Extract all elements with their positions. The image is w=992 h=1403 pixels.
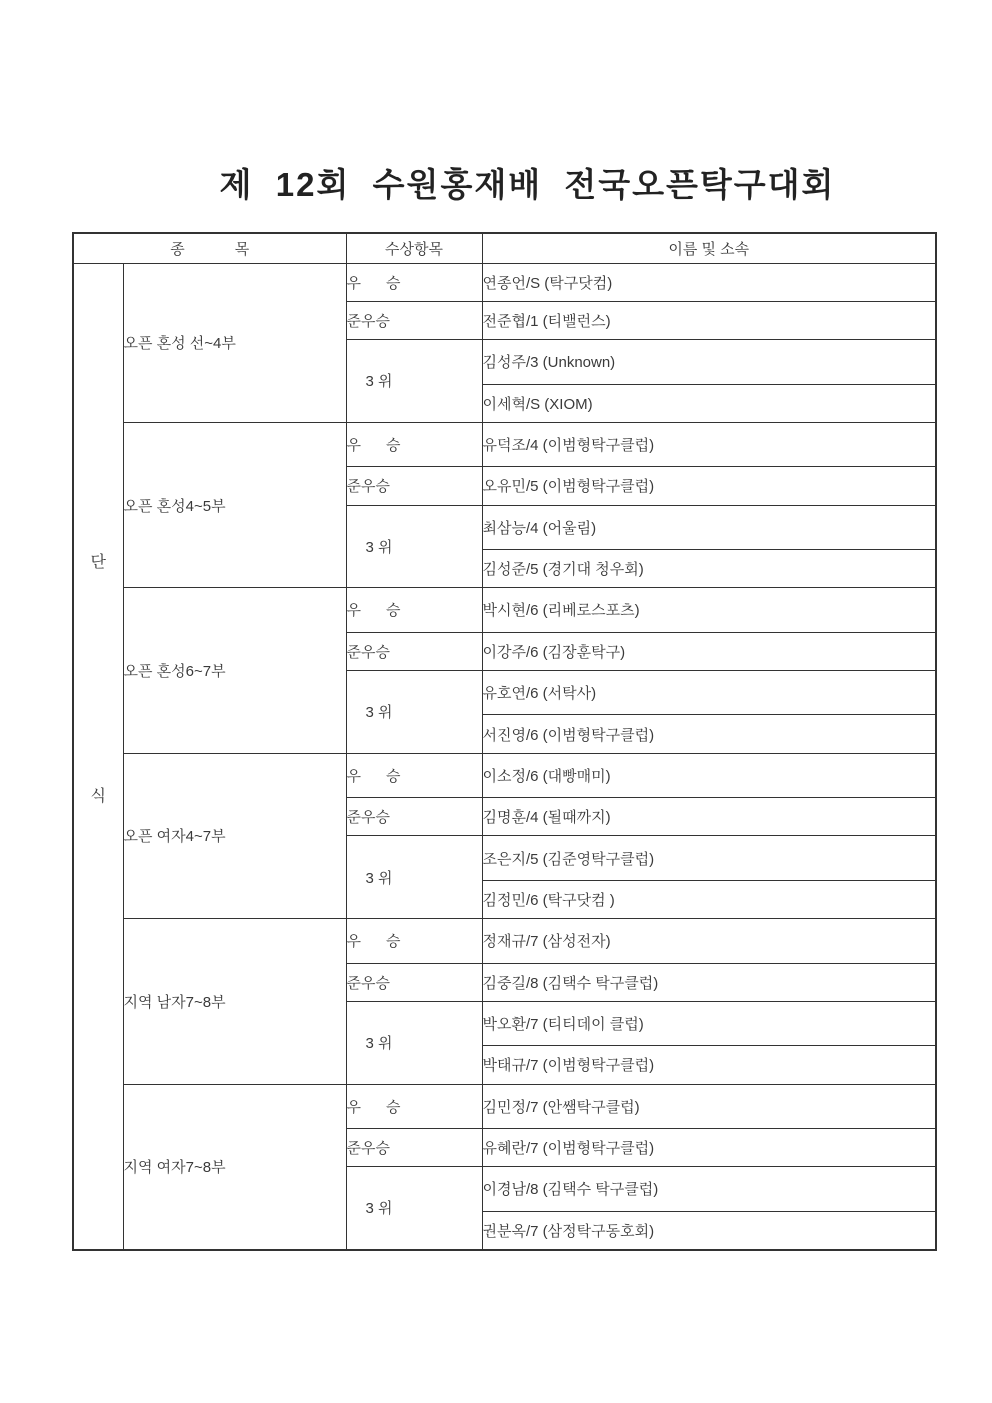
name-cell: 이소정/6 (대빵매미) <box>482 753 936 797</box>
award-cell-winner: 우 승 <box>346 1084 482 1128</box>
award-cell-runnerup: 준우승 <box>346 467 482 505</box>
category-cell: 단 식 <box>73 263 123 1250</box>
award-cell-third: 3 위 <box>346 1167 482 1250</box>
name-cell: 연종언/S (탁구닷컴) <box>482 263 936 301</box>
award-cell-runnerup: 준우승 <box>346 798 482 836</box>
name-cell: 서진영/6 (이범형탁구클럽) <box>482 715 936 753</box>
results-table-wrap: 종 목 수상항목 이름 및 소속 단 식 오픈 혼성 선~4부 <box>72 232 937 1251</box>
award-cell-winner: 우 승 <box>346 753 482 797</box>
header-event-col: 종 목 <box>73 233 346 263</box>
event-cell: 오픈 혼성6~7부 <box>123 588 346 753</box>
table-row: 오픈 혼성4~5부 우 승 유덕조/4 (이범형탁구클럽) <box>73 422 936 466</box>
name-cell: 유덕조/4 (이범형탁구클럽) <box>482 422 936 466</box>
name-cell: 조은지/5 (김준영탁구클럽) <box>482 836 936 880</box>
results-table: 종 목 수상항목 이름 및 소속 단 식 오픈 혼성 선~4부 <box>72 232 937 1251</box>
name-cell: 권분옥/7 (삼정탁구동호회) <box>482 1211 936 1249</box>
name-cell: 오유민/5 (이범형탁구클럽) <box>482 467 936 505</box>
award-cell-runnerup: 준우승 <box>346 301 482 339</box>
category-char-dan: 단 <box>74 554 123 572</box>
award-cell-third: 3 위 <box>346 836 482 919</box>
name-cell: 김성준/5 (경기대 청우회) <box>482 549 936 587</box>
award-cell-third: 3 위 <box>346 1001 482 1084</box>
event-cell: 오픈 혼성4~5부 <box>123 422 346 587</box>
event-cell: 오픈 여자4~7부 <box>123 753 346 918</box>
name-cell: 김명훈/4 (될때까지) <box>482 798 936 836</box>
name-cell: 박태규/7 (이범형탁구클럽) <box>482 1046 936 1084</box>
name-cell: 김성주/3 (Unknown) <box>482 340 936 384</box>
name-cell: 김민정/7 (안쌤탁구클럽) <box>482 1084 936 1128</box>
event-cell: 오픈 혼성 선~4부 <box>123 263 346 422</box>
award-cell-winner: 우 승 <box>346 919 482 963</box>
name-cell: 이경남/8 (김택수 탁구클럽) <box>482 1167 936 1211</box>
name-cell: 유호연/6 (서탁사) <box>482 670 936 714</box>
category-char-sik: 식 <box>74 788 123 806</box>
award-cell-runnerup: 준우승 <box>346 1128 482 1166</box>
name-cell: 전준협/1 (티밸런스) <box>482 301 936 339</box>
name-cell: 최삼능/4 (어울림) <box>482 505 936 549</box>
page-title: 제 12회 수원홍재배 전국오픈탁구대회 <box>96 164 959 206</box>
document-page: 제 12회 수원홍재배 전국오픈탁구대회 종 목 수상항목 이름 및 소속 <box>0 0 992 1403</box>
name-cell: 김정민/6 (탁구닷컴 ) <box>482 880 936 918</box>
header-row: 종 목 수상항목 이름 및 소속 <box>73 233 936 263</box>
event-cell: 지역 여자7~8부 <box>123 1084 346 1249</box>
name-cell: 이강주/6 (김장훈탁구) <box>482 632 936 670</box>
award-cell-runnerup: 준우승 <box>346 963 482 1001</box>
event-cell: 지역 남자7~8부 <box>123 919 346 1084</box>
name-cell: 정재규/7 (삼성전자) <box>482 919 936 963</box>
award-cell-third: 3 위 <box>346 505 482 588</box>
award-cell-runnerup: 준우승 <box>346 632 482 670</box>
table-row: 지역 여자7~8부 우 승 김민정/7 (안쌤탁구클럽) <box>73 1084 936 1128</box>
table-row: 지역 남자7~8부 우 승 정재규/7 (삼성전자) <box>73 919 936 963</box>
header-award-col: 수상항목 <box>346 233 482 263</box>
award-cell-third: 3 위 <box>346 340 482 423</box>
award-cell-winner: 우 승 <box>346 588 482 632</box>
award-cell-winner: 우 승 <box>346 422 482 466</box>
name-cell: 박오환/7 (티티데이 클럽) <box>482 1001 936 1045</box>
award-cell-winner: 우 승 <box>346 263 482 301</box>
name-cell: 김중길/8 (김택수 탁구클럽) <box>482 963 936 1001</box>
table-row: 단 식 오픈 혼성 선~4부 우 승 연종언/S (탁구닷컴) <box>73 263 936 301</box>
category-box: 단 식 <box>74 298 123 1215</box>
award-cell-third: 3 위 <box>346 670 482 753</box>
name-cell: 유혜란/7 (이범형탁구클럽) <box>482 1128 936 1166</box>
table-row: 오픈 여자4~7부 우 승 이소정/6 (대빵매미) <box>73 753 936 797</box>
table-row: 오픈 혼성6~7부 우 승 박시현/6 (리베로스포츠) <box>73 588 936 632</box>
header-name-col: 이름 및 소속 <box>482 233 936 263</box>
name-cell: 이세혁/S (XIOM) <box>482 384 936 422</box>
name-cell: 박시현/6 (리베로스포츠) <box>482 588 936 632</box>
